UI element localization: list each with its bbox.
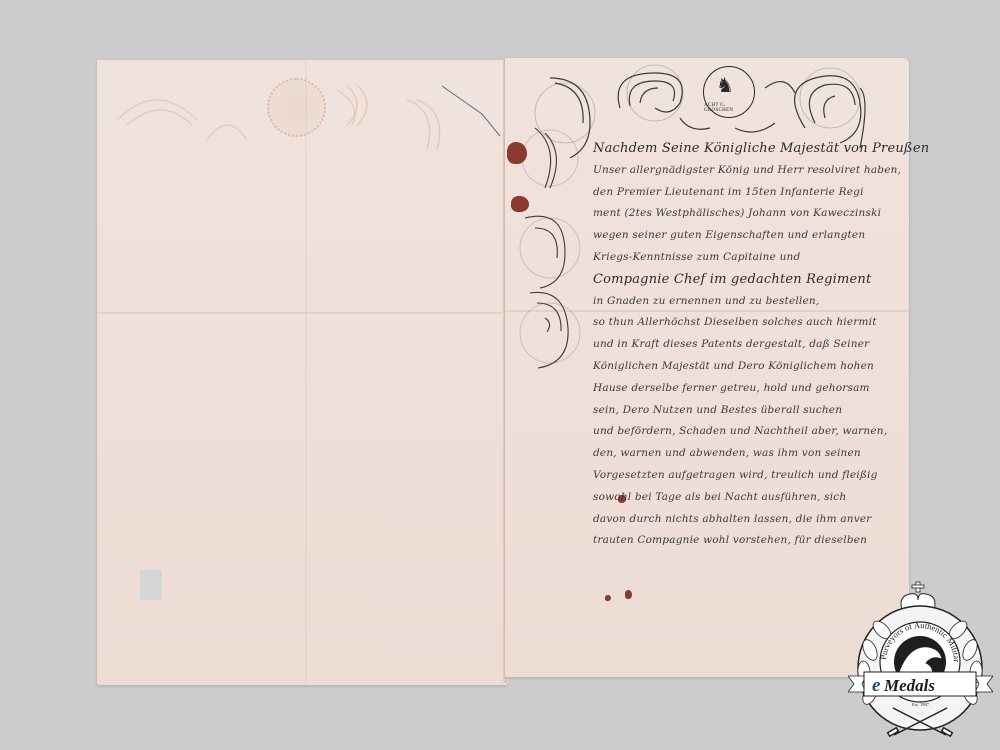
svg-text:Est. 1987: Est. 1987 bbox=[912, 702, 930, 707]
svg-text:Medals: Medals bbox=[883, 676, 935, 695]
text-line: Kriegs-Kenntnisse zum Capitaine und bbox=[593, 247, 913, 269]
text-line: Königlichen Majestät und Dero Königliche… bbox=[593, 356, 913, 378]
text-line: sowohl bei Tage als bei Nacht ausführen,… bbox=[593, 487, 913, 509]
document-body-text: Nachdem Seine Königliche Majestät von Pr… bbox=[593, 138, 913, 552]
emedals-badge-icon: Purveyors of Authentic Militaria e Medal… bbox=[848, 580, 993, 740]
emedals-logo: Purveyors of Authentic Militaria e Medal… bbox=[848, 580, 993, 740]
eagle-emblem-icon: ♞ bbox=[716, 75, 734, 95]
text-line: davon durch nichts abhalten lassen, die … bbox=[593, 509, 913, 531]
svg-text:e: e bbox=[872, 675, 881, 696]
paper-crease-icon bbox=[442, 84, 502, 144]
left-page bbox=[97, 60, 507, 685]
text-line: ment (2tes Westphälisches) Johann von Ka… bbox=[593, 203, 913, 225]
text-line: Unser allergnädigster König und Herr res… bbox=[593, 160, 913, 182]
text-line: so thun Allerhöchst Dieselben solches au… bbox=[593, 312, 913, 334]
text-line: und in Kraft dieses Patents dergestalt, … bbox=[593, 334, 913, 356]
text-line: in Gnaden zu ernennen und zu bestellen, bbox=[593, 291, 913, 313]
text-line: Compagnie Chef im gedachten Regiment bbox=[593, 269, 913, 291]
wax-seal-remnant bbox=[511, 196, 529, 212]
text-line: trauten Compagnie wohl vorstehen, für di… bbox=[593, 530, 913, 552]
text-line: sein, Dero Nutzen und Bestes überall suc… bbox=[593, 400, 913, 422]
text-line: Vorgesetzten aufgetragen wird, treulich … bbox=[593, 465, 913, 487]
text-line: Nachdem Seine Königliche Majestät von Pr… bbox=[593, 138, 913, 160]
wax-seal-remnant bbox=[507, 142, 527, 164]
text-line: wegen seiner guten Eigenschaften und erl… bbox=[593, 225, 913, 247]
stamp-label: ACHT G. GROSCHEN bbox=[704, 103, 754, 113]
blue-paper-mark bbox=[140, 570, 162, 600]
text-line: den Premier Lieutenant im 15ten Infanter… bbox=[593, 182, 913, 204]
horizontal-fold-line bbox=[97, 312, 507, 314]
text-line: Hause derselbe ferner getreu, hold und g… bbox=[593, 378, 913, 400]
text-line: und befördern, Schaden und Nachtheil abe… bbox=[593, 421, 913, 443]
text-line: den, warnen und abwenden, was ihm von se… bbox=[593, 443, 913, 465]
wax-seal-spot bbox=[605, 595, 611, 601]
wax-seal-spot bbox=[625, 590, 632, 599]
tax-stamp: ♞ ACHT G. GROSCHEN bbox=[703, 66, 755, 118]
